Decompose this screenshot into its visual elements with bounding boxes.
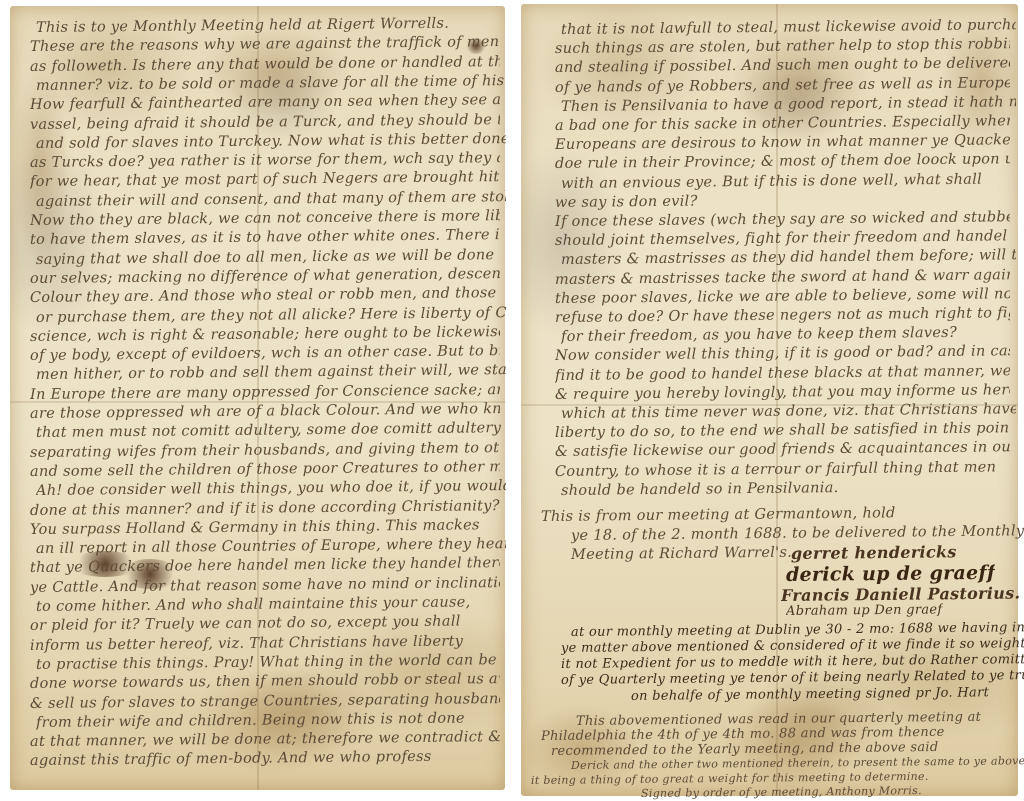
quarterly-note: Signed by order of ye meeting, Anthony M…	[641, 784, 922, 800]
manuscript-line: done worse towards us, then if men shoul…	[30, 671, 500, 692]
manuscript-line: at that manner, we will be done at; ther…	[30, 729, 500, 750]
manuscript-line: manner? viz. to be sold or made a slave …	[36, 73, 506, 94]
manuscript-line: How fearfull & fainthearted are many on …	[30, 92, 500, 113]
manuscript-line: & satisfie lickewise our good friends & …	[555, 440, 1010, 461]
manuscript-line: of ye body, except of evildoers, wch is …	[30, 343, 500, 364]
manuscript-line: find it to be good to handel these black…	[555, 363, 1010, 384]
manuscript-text-left: This is to ye Monthly Meeting held at Ri…	[10, 6, 505, 790]
manuscript-line: we say is don evil?	[555, 190, 1010, 211]
manuscript-line: against this traffic of men-body. And we…	[30, 748, 500, 769]
manuscript-line: for we hear, that ye most part of such N…	[30, 169, 500, 190]
manuscript-line: done at this manner? and if it is done a…	[30, 498, 500, 519]
manuscript-line: This is to ye Monthly Meeting held at Ri…	[36, 15, 506, 36]
manuscript-line: that men must not comitt adultery, some …	[36, 420, 506, 441]
manuscript-line: to practise this things. Pray! What thin…	[36, 652, 506, 673]
signature: derick up de graeff	[786, 562, 996, 586]
signature: Abraham up Den graef	[786, 602, 943, 619]
manuscript-line: If once these slaves (wch they say are s…	[555, 209, 1010, 230]
manuscript-line: with an envious eye. But if this is done…	[561, 171, 1016, 192]
manuscript-line: These are the reasons why we are against…	[30, 34, 500, 55]
manuscript-line: or pleid for it? Truely we can not do so…	[30, 613, 500, 634]
manuscript-line: and stealing if possibel. And such men o…	[555, 56, 1010, 77]
manuscript-line: ye Cattle. And for that reason some have…	[30, 575, 500, 596]
manuscript-line: Country, to whose it is a terrour or fai…	[555, 459, 1010, 480]
manuscript-line: separating wifes from their housbands, a…	[30, 440, 500, 461]
manuscript-line: Now tho they are black, we can not conce…	[30, 208, 500, 229]
manuscript-line: against their will and consent, and that…	[36, 189, 506, 210]
manuscript-line: for their freedom, as you have to keep t…	[561, 324, 1016, 345]
manuscript-line: science, wch is right & reasonable; here…	[30, 324, 500, 345]
manuscript-line: & sell us for slaves to strange Countrie…	[30, 691, 500, 712]
manuscript-line: Ah! doe consider well this things, you w…	[36, 478, 506, 499]
manuscript-line: or purchase them, are they not all alick…	[36, 305, 506, 326]
manuscript-line: that it is not lawfull to steal, must li…	[561, 17, 1016, 38]
manuscript-line: as Turcks doe? yea rather is it worse fo…	[30, 150, 500, 171]
signature: gerret hendericks	[791, 542, 957, 563]
manuscript-line: should joint themselves, fight for their…	[555, 228, 1010, 249]
manuscript-line: and sold for slaves into Turckey. Now wh…	[36, 131, 506, 152]
manuscript-line: masters & mastrisses tacke the sword at …	[555, 267, 1010, 288]
signature: Francis Daniell Pastorius.	[781, 583, 1021, 605]
manuscript-page-left: This is to ye Monthly Meeting held at Ri…	[10, 6, 505, 790]
manuscript-line: Then is Pensilvania to have a good repor…	[561, 94, 1016, 115]
manuscript-page-right: that it is not lawfull to steal, must li…	[521, 4, 1018, 796]
manuscript-line: vassel, being afraid it should be a Turc…	[30, 112, 500, 133]
manuscript-line: as followeth. Is there any that would be…	[30, 54, 500, 75]
manuscript-line: masters & mastrisses as they did handel …	[561, 248, 1016, 269]
manuscript-line: You surpass Holland & Germany in this th…	[30, 517, 500, 538]
manuscript-line: saying that we shall doe to all men, lic…	[36, 247, 506, 268]
manuscript-line: and some sell the children of those poor…	[30, 459, 500, 480]
manuscript-line: inform us better hereof, viz. That Chris…	[30, 633, 500, 654]
manuscript-line: an ill report in all those Countries of …	[36, 536, 506, 557]
manuscript-line: that ye Quackers doe here handel men lic…	[30, 555, 500, 576]
manuscript-line: a bad one for this sacke in other Countr…	[555, 113, 1010, 134]
manuscript-line: refuse to doe? Or have these negers not …	[555, 305, 1010, 326]
manuscript-line: our selves; macking no difference of wha…	[30, 266, 500, 287]
manuscript-line: Now consider well this thing, if it is g…	[555, 344, 1010, 365]
manuscript-line: are those oppressed wh are of a black Co…	[30, 401, 500, 422]
manuscript-line: to come hither. And who shall maintaine …	[36, 594, 506, 615]
manuscript-line: from their wife and children. Being now …	[36, 710, 506, 731]
manuscript-line: which at this time never was done, viz. …	[561, 401, 1016, 422]
manuscript-line: In Europe there are many oppressed for C…	[30, 382, 500, 403]
manuscript-line: should be handeld so in Pensilvania.	[561, 478, 1016, 499]
manuscript-line: these poor slaves, licke we are able to …	[555, 286, 1010, 307]
manuscript-line: Europeans are desirous to know in what m…	[555, 132, 1010, 153]
manuscript-line: of ye hands of ye Robbers, and set free …	[555, 75, 1010, 96]
manuscript-line: liberty to do so, to the end we shall be…	[555, 420, 1010, 441]
manuscript-line: to have them slaves, as it is to have ot…	[30, 227, 500, 248]
manuscript-line: doe rule in their Province; & most of th…	[555, 152, 1010, 173]
closing-line: Meeting at Richard Warrel's.	[571, 545, 792, 563]
manuscript-line: Colour they are. And those who steal or …	[30, 285, 500, 306]
manuscript-line: such things as are stolen, but rather he…	[555, 36, 1010, 57]
manuscript-line: & require you hereby lovingly, that you …	[555, 382, 1010, 403]
manuscript-line: men hither, or to robb and sell them aga…	[36, 362, 506, 383]
